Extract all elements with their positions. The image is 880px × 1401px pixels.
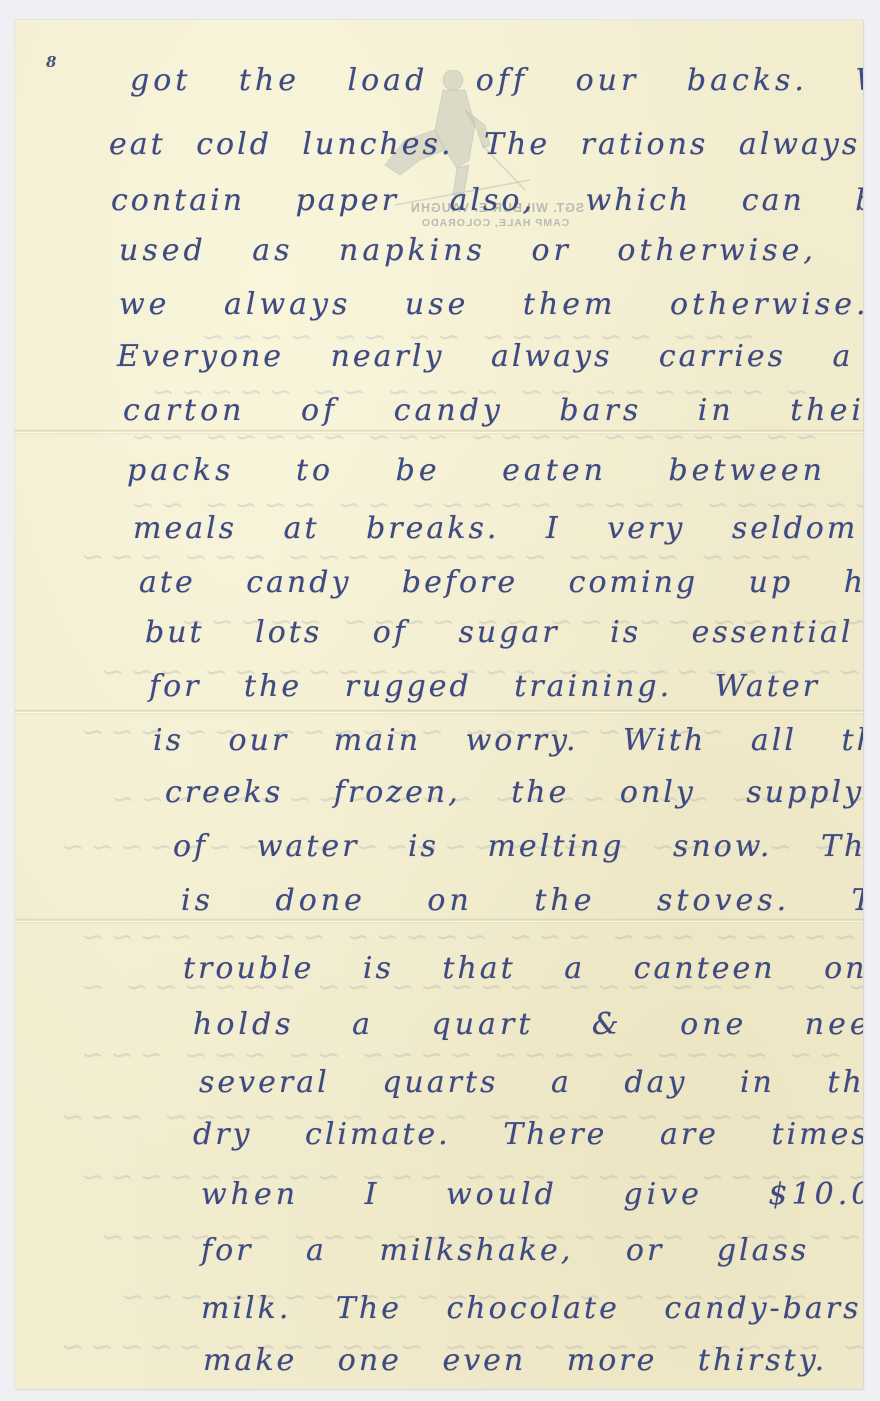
handwritten-line: when I would give $10.00: [201, 1180, 863, 1210]
handwritten-line: meals at breaks. I very seldom: [133, 514, 858, 544]
handwritten-line: packs to be eaten between: [127, 456, 826, 486]
handwritten-line: for the rugged training. Water: [149, 672, 820, 702]
handwritten-line: but lots of sugar is essential: [145, 618, 853, 648]
handwritten-line: holds a quart & one needs: [193, 1010, 863, 1040]
handwritten-line: contain paper also, which can be: [111, 186, 863, 216]
handwritten-line: dry climate. There are times: [193, 1120, 863, 1150]
handwritten-line: milk. The chocolate candy-bars: [201, 1294, 862, 1324]
handwritten-line: of water is melting snow. This: [173, 832, 863, 862]
handwritten-line: we always use them otherwise.: [119, 290, 863, 320]
handwritten-line: make one even more thirsty.: [203, 1346, 827, 1376]
handwritten-line: eat cold lunches. The rations always: [109, 130, 860, 160]
handwritten-line: got the load off our backs. We: [130, 66, 863, 96]
letter-page: ~~~ ~~~~~~ ~~ ~~ ~~~~ ~ ~~~~~~ ~~ ~~~~ ~…: [15, 20, 863, 1389]
page-number: 8: [46, 53, 56, 71]
handwritten-line: trouble is that a canteen only: [183, 954, 863, 984]
handwritten-line: for a milkshake, or glass of: [201, 1236, 863, 1266]
letterhead-place: CAMP HALE, COLORADO: [345, 217, 645, 229]
handwritten-line: is our main worry. With all the: [153, 726, 863, 756]
handwritten-line: ate candy before coming up here,: [139, 568, 863, 598]
handwritten-line: used as napkins or otherwise, but: [119, 236, 863, 266]
handwritten-line: is done on the stoves. The: [181, 886, 863, 916]
handwritten-line: carton of candy bars in their: [123, 396, 863, 426]
reverse-bleed-through: ~~~~~ ~~~ ~~~ ~~~~~ ~~~~ ~~~~: [75, 920, 857, 953]
handwritten-line: several quarts a day in this: [199, 1068, 863, 1098]
handwritten-line: Everyone nearly always carries a: [117, 342, 853, 372]
handwritten-line: creeks frozen, the only supply: [165, 778, 863, 808]
